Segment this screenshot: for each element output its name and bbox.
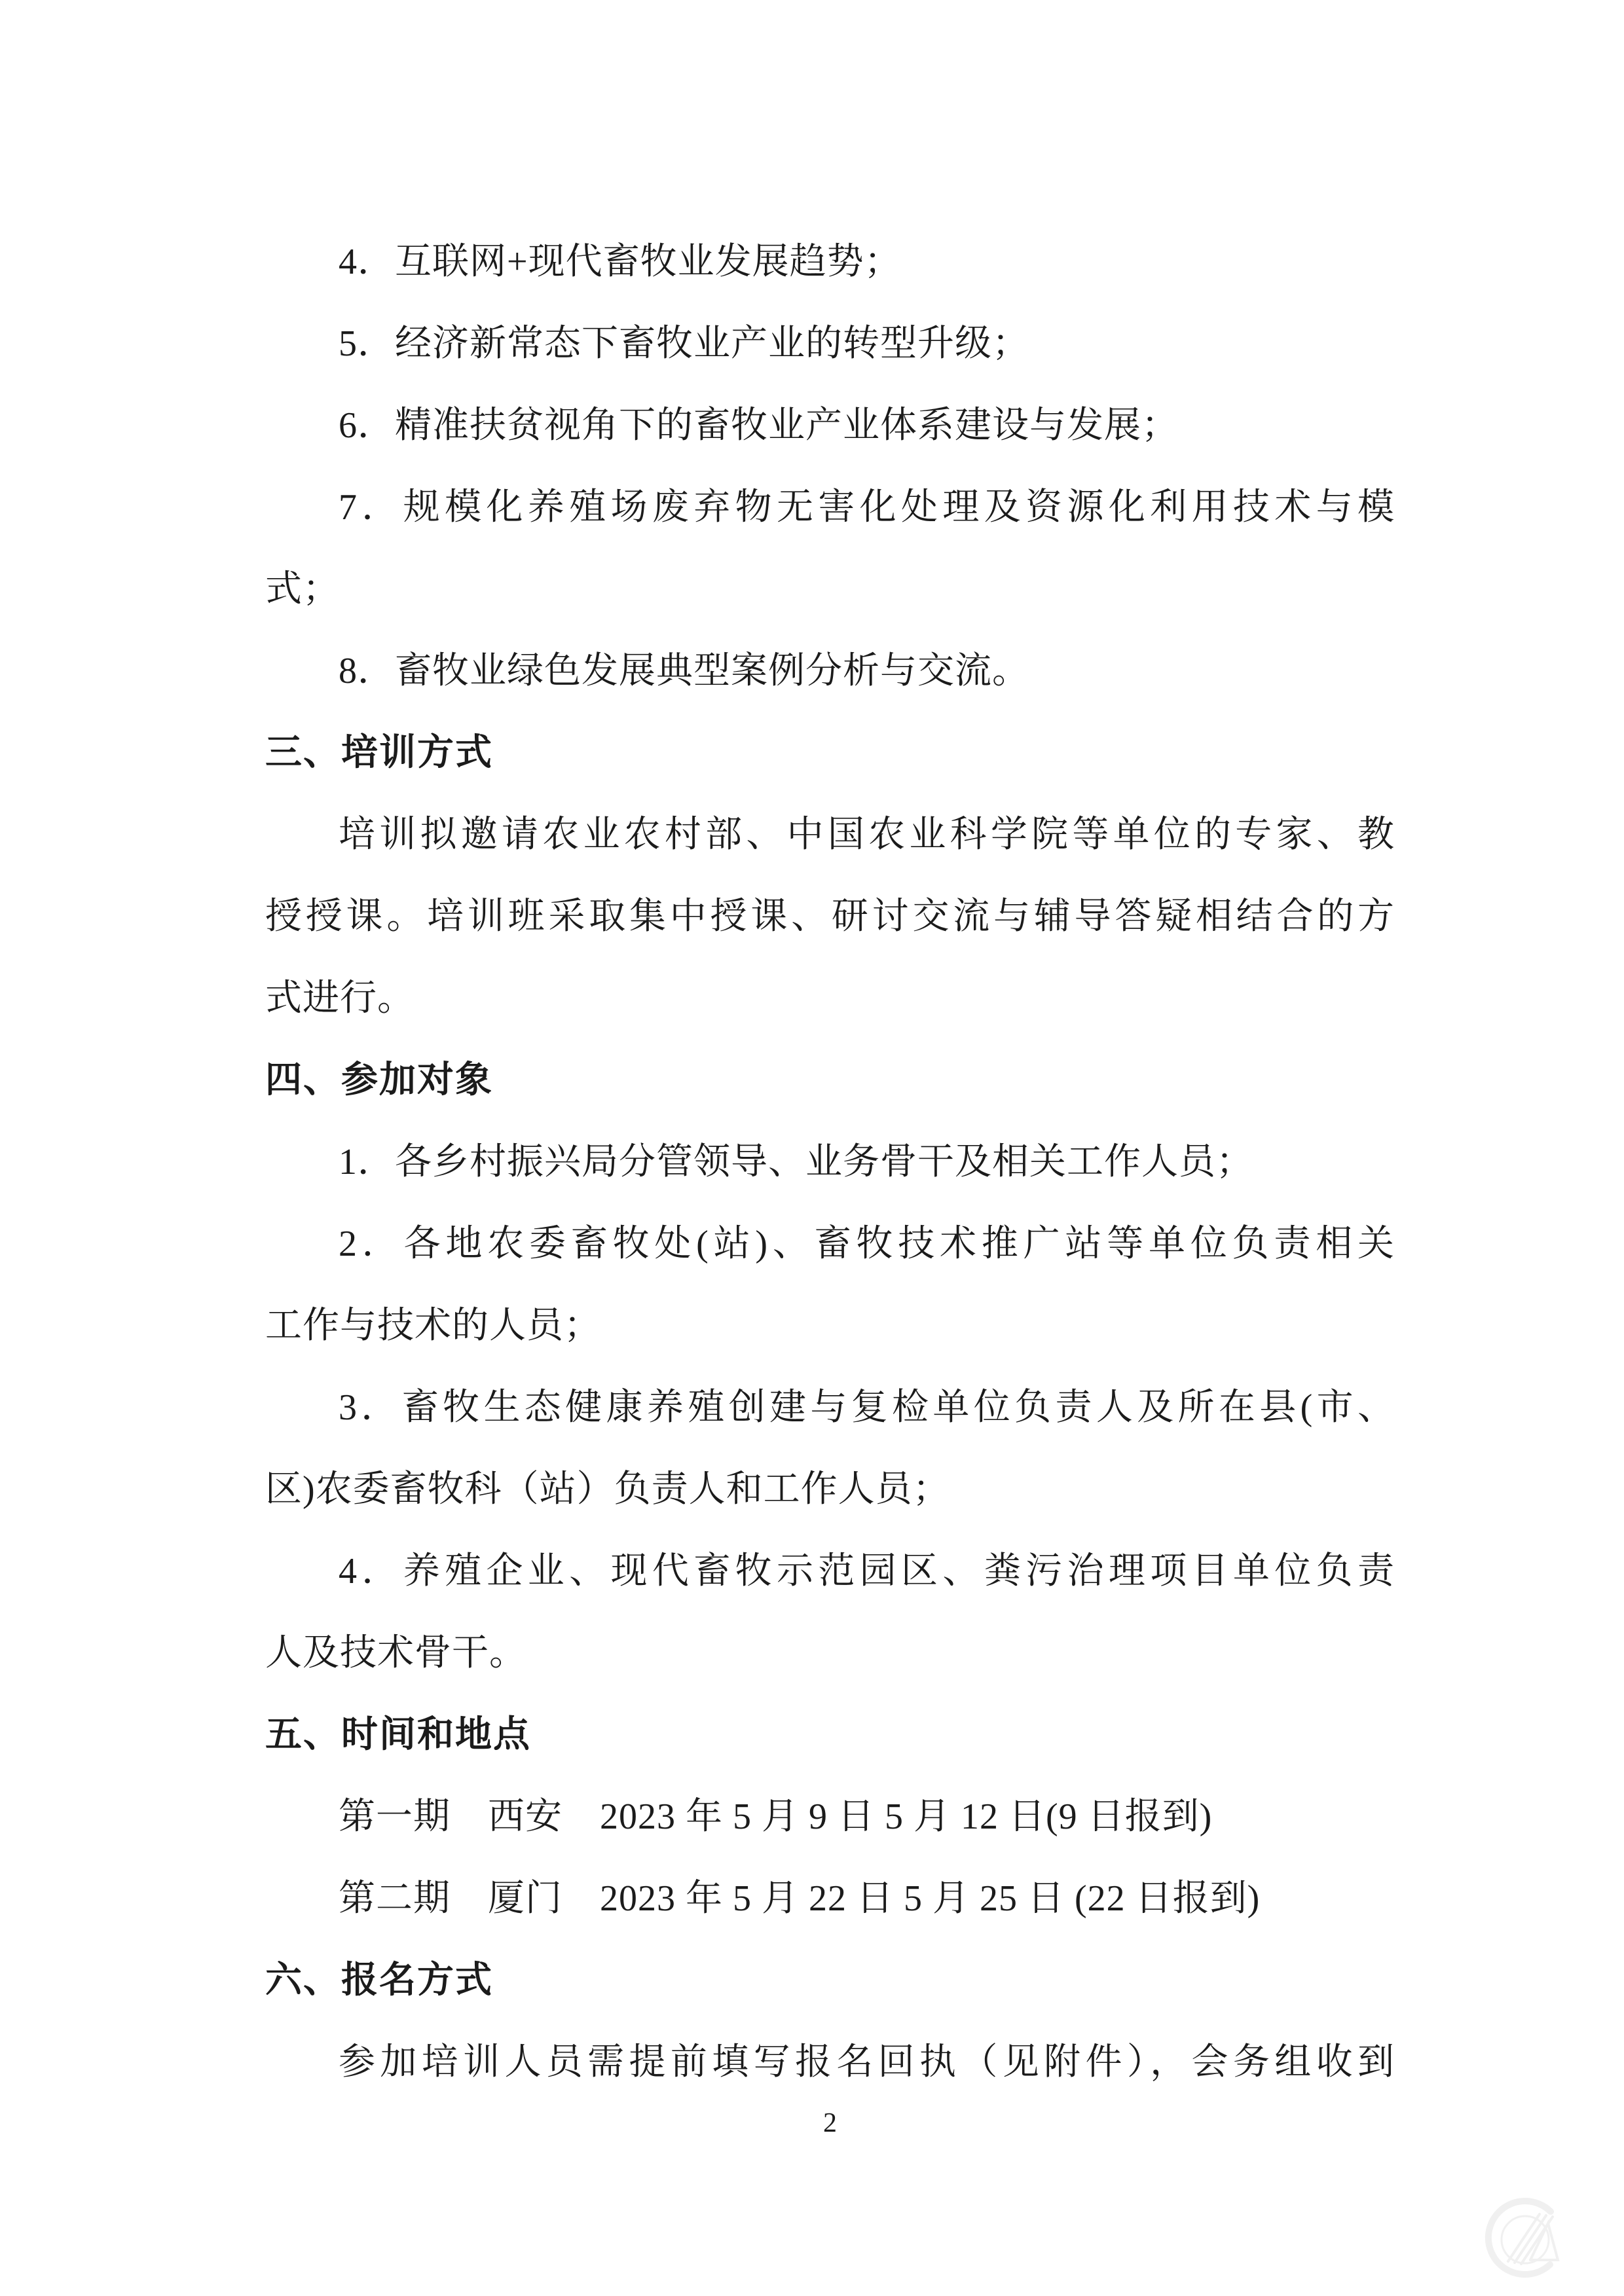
text-line: 参加培训人员需提前填写报名回执（见附件），会务组收到 [265, 2022, 1395, 2104]
text-line: 授授课。培训班采取集中授课、研讨交流与辅导答疑相结合的方 [265, 876, 1395, 958]
section-heading: 六、报名方式 [265, 1940, 1395, 2022]
text-line: 2．各地农委畜牧处(站)、畜牧技术推广站等单位负责相关 [265, 1203, 1395, 1285]
text-line: 3．畜牧生态健康养殖创建与复检单位负责人及所在县(市、 [265, 1367, 1395, 1449]
text-line: 4．互联网+现代畜牧业发展趋势； [265, 221, 1395, 303]
page-number: 2 [265, 2104, 1395, 2143]
text-line: 培训拟邀请农业农村部、中国农业科学院等单位的专家、教 [265, 794, 1395, 876]
text-line: 工作与技术的人员； [265, 1285, 1395, 1367]
text-line: 1．各乡村振兴局分管领导、业务骨干及相关工作人员； [265, 1121, 1395, 1203]
text-line: 第二期 厦门 2023 年 5 月 22 日 5 月 25 日 (22 日报到) [265, 1858, 1395, 1940]
document-body: 4．互联网+现代畜牧业发展趋势；5．经济新常态下畜牧业产业的转型升级；6．精准扶… [265, 221, 1395, 2104]
section-heading: 三、培训方式 [265, 712, 1395, 794]
text-line: 4．养殖企业、现代畜牧示范园区、粪污治理项目单位负责 [265, 1531, 1395, 1613]
document-page: 4．互联网+现代畜牧业发展趋势；5．经济新常态下畜牧业产业的转型升级；6．精准扶… [0, 0, 1624, 2296]
text-line: 5．经济新常态下畜牧业产业的转型升级； [265, 303, 1395, 385]
text-line: 式进行。 [265, 958, 1395, 1040]
circular-logo-icon [1482, 2195, 1568, 2281]
text-line: 区)农委畜牧科（站）负责人和工作人员； [265, 1449, 1395, 1531]
section-heading: 四、参加对象 [265, 1040, 1395, 1121]
text-line: 7．规模化养殖场废弃物无害化处理及资源化利用技术与模 [265, 467, 1395, 549]
text-line: 人及技术骨干。 [265, 1613, 1395, 1694]
text-line: 8．畜牧业绿色发展典型案例分析与交流。 [265, 630, 1395, 712]
circular-logo-watermark [1482, 2195, 1568, 2281]
text-line: 式； [265, 549, 1395, 630]
section-heading: 五、时间和地点 [265, 1694, 1395, 1776]
text-line: 第一期 西安 2023 年 5 月 9 日 5 月 12 日(9 日报到) [265, 1776, 1395, 1858]
text-line: 6．精准扶贫视角下的畜牧业产业体系建设与发展； [265, 385, 1395, 467]
